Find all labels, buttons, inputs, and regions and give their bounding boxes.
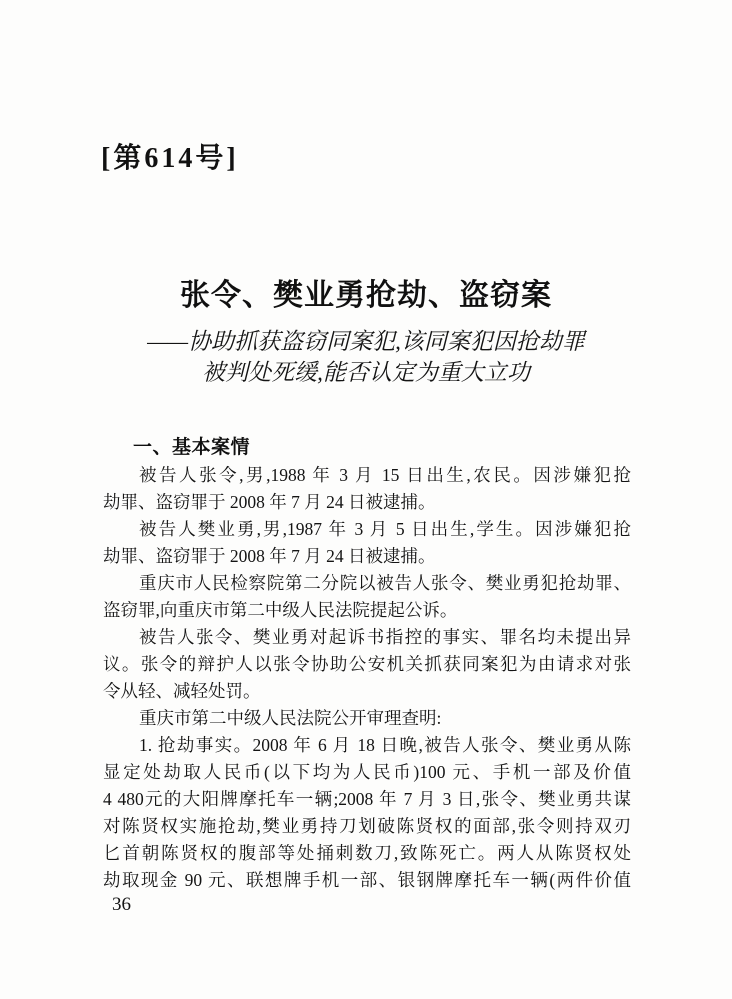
- body-text-line: 盗窃罪,向重庆市第二中级人民法院提起公诉。: [103, 597, 631, 624]
- body-text-line: 4 480元的大阳牌摩托车一辆;2008 年 7 月 3 日,张令、樊业勇共谋: [103, 786, 631, 813]
- body-text-line: 令从轻、减轻处罚。: [103, 678, 631, 705]
- body-text-line: 重庆市第二中级人民法院公开审理查明:: [103, 705, 631, 732]
- body-text-line: 1. 抢劫事实。2008 年 6 月 18 日晚,被告人张令、樊业勇从陈: [103, 732, 631, 759]
- body-text-line: 重庆市人民检察院第二分院以被告人张令、樊业勇犯抢劫罪、: [103, 570, 631, 597]
- subtitle-line-2: 被判处死缓,能否认定为重大立功: [102, 357, 630, 388]
- body-text-line: 被告人张令、樊业勇对起诉书指控的事实、罪名均未提出异: [103, 624, 631, 651]
- body-text-line: 被告人张令,男,1988 年 3 月 15 日出生,农民。因涉嫌犯抢: [103, 462, 631, 489]
- body-text-line: 议。张令的辩护人以张令协助公安机关抓获同案犯为由请求对张: [103, 651, 631, 678]
- body-text-line: 显定处劫取人民币(以下均为人民币)100 元、手机一部及价值: [103, 759, 631, 786]
- section-heading: 一、基本案情: [133, 434, 250, 461]
- body-text-line: 匕首朝陈贤权的腹部等处捅刺数刀,致陈死亡。两人从陈贤权处: [103, 840, 631, 867]
- case-title: 张令、樊业勇抢劫、盗窃案: [102, 278, 630, 314]
- case-body: 被告人张令,男,1988 年 3 月 15 日出生,农民。因涉嫌犯抢劫罪、盗窃罪…: [103, 462, 631, 894]
- body-text-line: 对陈贤权实施抢劫,樊业勇持刀划破陈贤权的面部,张令则持双刃: [103, 813, 631, 840]
- body-text-line: 劫取现金 90 元、联想牌手机一部、银钢牌摩托车一辆(两件价值: [103, 867, 631, 894]
- body-text-line: 劫罪、盗窃罪于 2008 年 7 月 24 日被逮捕。: [103, 489, 631, 516]
- page-number: 36: [112, 891, 131, 918]
- subtitle-line-1: ——协助抓获盗窃同案犯,该同案犯因抢劫罪: [102, 326, 630, 357]
- case-number-label: [第614号]: [101, 136, 239, 176]
- body-text-line: 劫罪、盗窃罪于 2008 年 7 月 24 日被逮捕。: [103, 543, 631, 570]
- body-text-line: 被告人樊业勇,男,1987 年 3 月 5 日出生,学生。因涉嫌犯抢: [103, 516, 631, 543]
- case-subtitle: ——协助抓获盗窃同案犯,该同案犯因抢劫罪 被判处死缓,能否认定为重大立功: [102, 326, 630, 388]
- document-page: [第614号] 张令、樊业勇抢劫、盗窃案 ——协助抓获盗窃同案犯,该同案犯因抢劫…: [0, 0, 732, 999]
